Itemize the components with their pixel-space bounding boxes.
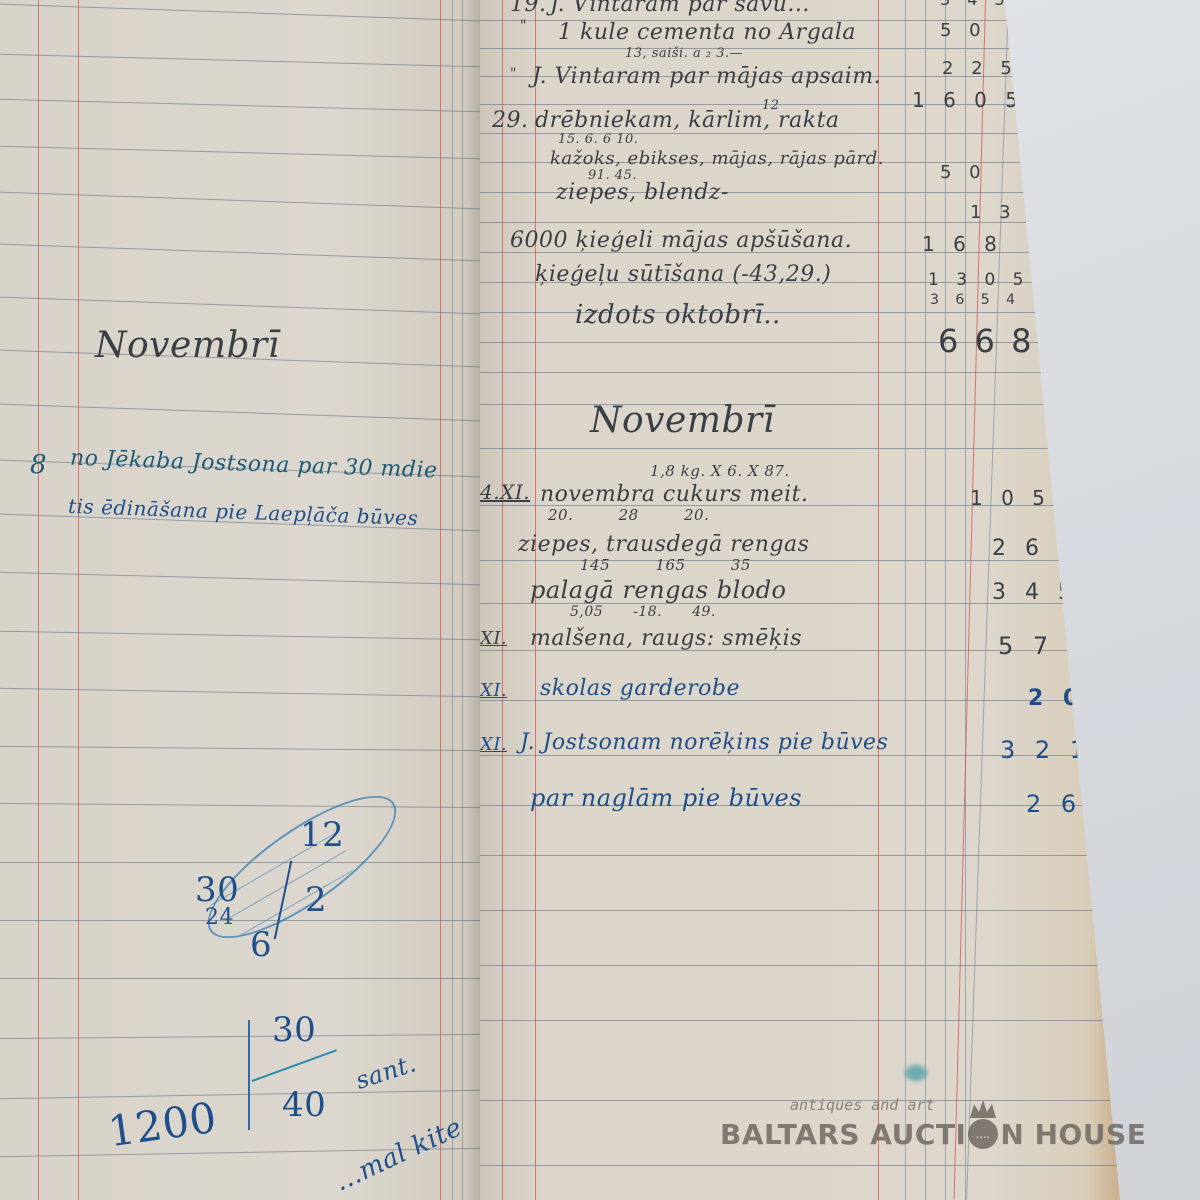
ledger-book: Novembrī 8 no Jēkaba Jostsona par 30 mdi… bbox=[0, 0, 1200, 1200]
watermark-tagline: antiques and art bbox=[790, 1096, 935, 1114]
entry-text: J. Vintaram par mājas apsaim. bbox=[532, 64, 881, 89]
ruled-line bbox=[0, 1034, 480, 1039]
entry-text: ķieģeļu sūtīšana (-43,29.) bbox=[535, 262, 831, 287]
entry-amount: 5 7 2 bbox=[998, 632, 1089, 660]
entry-date: XI. bbox=[480, 628, 507, 649]
entry-text: ziepes, trausdegā rengas bbox=[518, 532, 809, 557]
watermark: antiques and art BALTARS AUCTI .... N HO… bbox=[720, 1118, 1146, 1151]
ruled-line bbox=[480, 404, 1120, 405]
left-page-heading: Novembrī bbox=[95, 325, 280, 366]
calc-right: 2 bbox=[305, 880, 327, 920]
svg-text:....: .... bbox=[976, 1131, 990, 1140]
ruled-line bbox=[480, 965, 1120, 966]
total-label: izdots oktobrī.. bbox=[575, 300, 781, 330]
calc2-fraction-bottom: 40 bbox=[282, 1085, 326, 1125]
ruled-line bbox=[0, 297, 480, 315]
entry-amount: 3 4 5 bbox=[992, 580, 1078, 605]
entry-text: malšena, raugs: smēķis bbox=[530, 626, 802, 651]
ruled-line bbox=[0, 572, 480, 586]
entry-amount: 1 6 8 bbox=[922, 232, 1003, 256]
entry-amount: 1 6 0 5 0 bbox=[912, 88, 1055, 112]
entry-superscript: 15. 6. 6 10. bbox=[558, 132, 638, 147]
ruled-line bbox=[480, 104, 1120, 105]
ruled-line bbox=[0, 862, 480, 863]
entry-text: 1 kule cementa no Argala bbox=[558, 20, 856, 45]
entry-date: XI. bbox=[480, 734, 507, 755]
calc2-fraction-top: 30 bbox=[272, 1010, 316, 1050]
entry-amount: 3 2 1 0 bbox=[1000, 736, 1120, 764]
scribble-oval bbox=[189, 772, 415, 961]
ink-blot bbox=[905, 1065, 927, 1081]
calc-top-right: 12 bbox=[300, 815, 344, 855]
ruled-line bbox=[480, 372, 1120, 373]
margin-line bbox=[440, 0, 441, 1200]
entry-amount: 2 0 bbox=[1028, 686, 1084, 711]
ruled-line bbox=[0, 244, 480, 262]
entry-text: J. Vīntaram par savu... bbox=[550, 0, 810, 17]
total-amount: 6 6 8 7 7 bbox=[938, 322, 1107, 360]
entry-superscript: 1,8 kg. X 6. X 87. bbox=[650, 462, 790, 480]
ruled-line bbox=[0, 688, 480, 697]
left-page: Novembrī 8 no Jēkaba Jostsona par 30 mdi… bbox=[0, 0, 480, 1200]
entry-date: XI. bbox=[480, 680, 507, 701]
calc-left-sub: 24 bbox=[205, 905, 234, 930]
entry-day: 8 bbox=[30, 450, 47, 480]
margin-line bbox=[78, 0, 79, 1200]
ruled-line bbox=[0, 192, 480, 210]
entry-amount: 2 2 5 bbox=[942, 58, 1018, 79]
entry-date: " bbox=[510, 66, 517, 82]
entry-superscript: 145 165 35 bbox=[580, 556, 751, 574]
entry-amount: 2 6 1 bbox=[992, 536, 1078, 561]
entry-line-2: tis ēdināšana pie Laepļāča būves bbox=[68, 494, 419, 530]
division-stroke bbox=[248, 1020, 250, 1130]
column-line bbox=[452, 0, 453, 1200]
watermark-name-part2: N HOUSE bbox=[1000, 1118, 1146, 1151]
ruled-line bbox=[480, 910, 1120, 911]
ruled-line bbox=[0, 54, 480, 68]
entry-text: skolas garderobe bbox=[540, 676, 740, 701]
entry-superscript: 20. 28 20. bbox=[548, 506, 709, 524]
entry-date: " bbox=[520, 18, 527, 34]
ruled-line bbox=[0, 4, 480, 22]
ruled-line bbox=[0, 404, 480, 422]
entry-date: 4.XI. bbox=[480, 480, 530, 504]
ruled-line bbox=[480, 855, 1120, 856]
ruled-line bbox=[0, 803, 480, 808]
column-line bbox=[462, 0, 463, 1200]
entry-text: palagā rengas blodo bbox=[530, 576, 787, 604]
ruled-line bbox=[480, 1020, 1120, 1021]
entry-date: 19. bbox=[510, 0, 547, 17]
entry-text: ziepes, blendz- bbox=[556, 180, 729, 205]
right-page-heading: Novembrī bbox=[590, 400, 775, 441]
entry-amount: 5 0 bbox=[940, 162, 987, 183]
entry-amount: 3 6 5 4 bbox=[930, 292, 1021, 308]
entry-text: drēbniekam, kārlim, rakta bbox=[535, 108, 840, 133]
calc-left: 30 bbox=[195, 870, 239, 910]
calc2-left: 1200 bbox=[105, 1093, 220, 1157]
entry-amount: 1 3 0 5 0 bbox=[928, 270, 1058, 290]
ruled-line bbox=[0, 99, 480, 113]
crown-icon: .... bbox=[966, 1098, 1000, 1150]
entry-amount: 3 4 5 bbox=[940, 0, 1011, 9]
ruled-line bbox=[480, 48, 1120, 49]
margin-line bbox=[38, 0, 39, 1200]
right-page: 19. J. Vīntaram par savu... 3 4 5 " 1 ku… bbox=[480, 0, 1120, 1200]
ruled-line bbox=[0, 146, 480, 160]
entry-text: J. Jostsonam norēķins pie būves bbox=[520, 730, 888, 755]
entry-superscript: 13, saiši. a ₂ 3.— bbox=[625, 46, 743, 61]
ruled-line bbox=[0, 1090, 480, 1099]
entry-text: novembra cukurs meit. bbox=[540, 482, 808, 507]
entry-line-1: no Jēkaba Jostsona par 30 mdie bbox=[70, 446, 438, 484]
calc2-note-2: ...mal kite bbox=[330, 1112, 467, 1197]
entry-date: 29. bbox=[492, 108, 529, 133]
fraction-bar bbox=[252, 1049, 337, 1082]
ruled-line bbox=[0, 978, 480, 979]
watermark-o-crown: .... bbox=[966, 1120, 1000, 1148]
entry-text: kažoks, ebikses, mājas, rājas pārd. bbox=[550, 148, 884, 169]
entry-amount: 1 3 6 bbox=[970, 202, 1046, 223]
ruled-line bbox=[480, 1165, 1120, 1166]
entry-amount: 5 0 bbox=[940, 20, 987, 41]
calc-bottom: 6 bbox=[250, 925, 272, 965]
watermark-name-part1: BALTARS AUCTI bbox=[720, 1118, 966, 1151]
entry-text: par naglām pie būves bbox=[530, 784, 802, 812]
calc2-note-1: sant. bbox=[352, 1049, 419, 1095]
entry-superscript: 5,05 -18. 49. bbox=[570, 604, 716, 620]
ruled-line bbox=[480, 448, 1120, 449]
ruled-line bbox=[0, 746, 480, 751]
entry-text: 6000 ķieģeli mājas apšūšana. bbox=[510, 228, 852, 253]
ruled-line bbox=[0, 631, 480, 640]
entry-amount: 1 0 5 0 bbox=[970, 486, 1082, 510]
entry-amount: 2 6 0 bbox=[1026, 790, 1117, 818]
